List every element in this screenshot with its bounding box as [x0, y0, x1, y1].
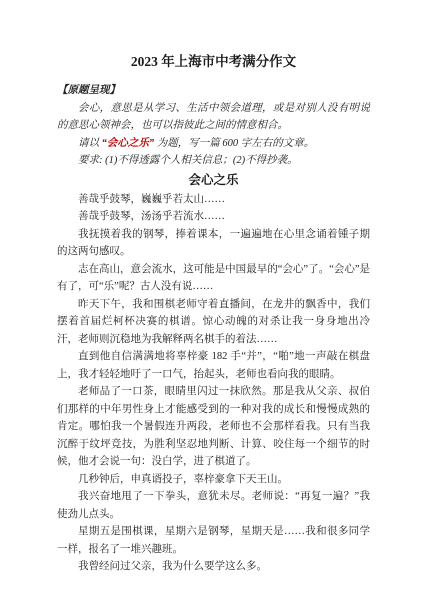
essay-paragraph: 我抚摸着我的钢琴，捧着课本，一遍遍地在心里念诵着锺子期的这两句感叹。 [57, 226, 370, 261]
prompt-task-suffix: 为题，写一篇 600 字左右的文章。 [154, 138, 314, 149]
prompt-section: 【原题呈现】 会心，意思是从学习、生活中领会道理，或是对别人没有明说的意思心领神… [57, 82, 370, 170]
essay-paragraph: 昨天下午，我和围棋老师守着直播间，在龙井的飘香中，我们摆着首届烂柯杯决赛的棋谱。… [57, 296, 370, 349]
essay-paragraph: 几秒钟后，申真谞投子，辜梓豪拿下天王山。 [57, 471, 370, 489]
essay-title: 会心之乐 [57, 170, 370, 191]
prompt-section-header: 【原题呈现】 [57, 82, 370, 100]
prompt-task-prefix: 请以 [78, 138, 102, 149]
document-page: 2023 年上海市中考满分作文 【原题呈现】 会心，意思是从学习、生活中领会道理… [0, 0, 424, 600]
essay-body: 善哉乎鼓琴，巍巍乎若太山…… 善哉乎鼓琴，汤汤乎若流水…… 我抚摸着我的钢琴，捧… [57, 191, 370, 576]
prompt-paragraph-definition: 会心，意思是从学习、生活中领会道理，或是对别人没有明说的意思心领神会，也可以指彼… [57, 100, 370, 135]
essay-paragraph: 我曾经问过父亲，我为什么要学这么多。 [57, 558, 370, 576]
essay-paragraph: 善哉乎鼓琴，汤汤乎若流水…… [57, 208, 370, 226]
document-title: 2023 年上海市中考满分作文 [57, 52, 370, 72]
prompt-paragraph-task: 请以 “会心之乐” 为题，写一篇 600 字左右的文章。 [57, 135, 370, 153]
essay-topic-highlight: “会心之乐” [102, 138, 155, 149]
essay-paragraph: 志在高山，意会流水，这可能是中国最早的“会心”了。“会心”是有了，可“乐”呢？古… [57, 261, 370, 296]
essay-paragraph: 老师品了一口茶，眼睛里闪过一抹欣然。那是我从父亲、叔伯们那样的中年男性身上才能感… [57, 383, 370, 471]
essay-paragraph: 善哉乎鼓琴，巍巍乎若太山…… [57, 191, 370, 209]
prompt-paragraph-requirements: 要求: (1)不得透露个人相关信息；(2)不得抄袭。 [57, 152, 370, 170]
essay-paragraph: 直到他自信满满地将辜梓豪 182 手“并”，“啪”地一声敲在棋盘上，我才轻轻地吁… [57, 348, 370, 383]
essay-paragraph: 星期五是围棋课，星期六是钢琴，星期天是……我和很多同学一样，报名了一堆兴趣班。 [57, 523, 370, 558]
essay-paragraph: 我兴奋地甩了一下拳头，意犹未尽。老师说：“再复一遍？”我使劲儿点头。 [57, 488, 370, 523]
